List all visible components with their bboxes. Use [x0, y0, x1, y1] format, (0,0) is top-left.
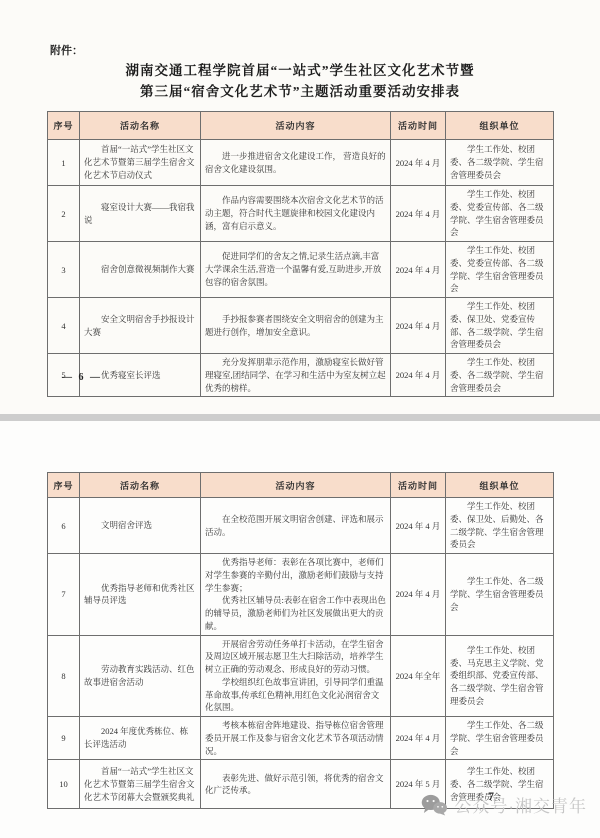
header-activity-content: 活动内容 — [201, 473, 391, 498]
document-title-line1: 湖南交通工程学院首届“一站式”学生社区文化艺术节暨 — [0, 60, 600, 81]
cell-seq: 2 — [48, 186, 80, 242]
table-row: 4安全文明宿舍手抄报设计大赛手抄报参赛者围绕安全文明宿舍的创建为主题进行创作，增… — [48, 298, 554, 354]
table-row: 2寝室设计大赛——我宿我说作品内容需要围绕本次宿舍文化艺术节的活动主题，符合时代… — [48, 186, 554, 242]
cell-activity-time: 2024 年 4 月 — [391, 242, 446, 298]
cell-seq: 9 — [48, 717, 80, 760]
cell-activity-content: 优秀指导老师：表彰在各项比赛中，老师们对学生参赛的辛勤付出，激励老师们鼓励与支持… — [201, 554, 391, 636]
cell-seq: 4 — [48, 298, 80, 354]
cell-organizer: 学生工作处、校团委、马克思主义学院、党委组织部、党委宣传部、各二级学院、学生宿舍… — [446, 635, 554, 717]
header-activity-time: 活动时间 — [391, 112, 446, 140]
cell-activity-content: 考核本栋宿舍阵地建设、指导栋位宿舍管理委员开展工作及参与宿舍文化艺术节各项活动情… — [201, 717, 391, 760]
header-activity-name: 活动名称 — [80, 473, 201, 498]
watermark-text: 公众号·湘交青年 — [454, 792, 587, 817]
cell-seq: 8 — [48, 635, 80, 717]
table-row: 6文明宿舍评选在全校范围开展文明宿舍创建、评选和展示活动。2024 年 4 月学… — [48, 498, 554, 554]
document-title-line2: 第三届“宿舍文化艺术节”主题活动重要活动安排表 — [0, 81, 600, 102]
cell-activity-content: 充分发挥朋辈示范作用，激励寝室长做好管理寝室,团结同学、在学习和生活中为室友树立… — [201, 354, 391, 397]
header-activity-content: 活动内容 — [201, 112, 391, 140]
activity-table-page-7: 序号 活动名称 活动内容 活动时间 组织单位 6文明宿舍评选在全校范围开展文明宿… — [47, 472, 554, 809]
wechat-watermark: 公众号·湘交青年 — [421, 792, 587, 817]
header-seq: 序号 — [48, 473, 80, 498]
cell-seq: 10 — [48, 760, 80, 809]
table-row: 92024 年度优秀栋位、栋长评选活动考核本栋宿舍阵地建设、指导栋位宿舍管理委员… — [48, 717, 554, 760]
cell-activity-time: 2024 年 4 月 — [391, 354, 446, 397]
cell-seq: 3 — [48, 242, 80, 298]
cell-activity-content: 促进同学们的舍友之情,记录生活点滴,丰富大学课余生活,营造一个温馨有爱,互助进步… — [201, 242, 391, 298]
cell-organizer: 学生工作处、校团委、保卫处、后勤处、各二级学院、学生宿舍管理委员会 — [446, 498, 554, 554]
cell-organizer: 学生工作处、校团委、党委宣传部、各二级学院、学生宿舍管理委员会 — [446, 242, 554, 298]
cell-activity-time: 2024 年全年 — [391, 635, 446, 717]
cell-activity-name: 优秀指导老师和优秀社区辅导员评选 — [80, 554, 201, 636]
wechat-icon — [421, 794, 447, 816]
table-row: 1首届“一站式”学生社区文化艺术节暨第三届学生宿舍文化艺术节启动仪式进一步推进宿… — [48, 140, 554, 186]
cell-organizer: 学生工作处、校团委、党委宣传部、各二级学院、学生宿舍管理委员会 — [446, 186, 554, 242]
cell-activity-name: 寝室设计大赛——我宿我说 — [80, 186, 201, 242]
header-organizer: 组织单位 — [446, 112, 554, 140]
cell-activity-name: 安全文明宿舍手抄报设计大赛 — [80, 298, 201, 354]
cell-activity-time: 2024 年 4 月 — [391, 298, 446, 354]
cell-activity-name: 宿舍创意微视频制作大赛 — [80, 242, 201, 298]
cell-seq: 7 — [48, 554, 80, 636]
cell-activity-content: 手抄报参赛者围绕安全文明宿舍的创建为主题进行创作，增加安全意识。 — [201, 298, 391, 354]
cell-organizer: 学生工作处、校团委、各二级学院、学生宿舍管理委员会 — [446, 354, 554, 397]
cell-organizer: 学生工作处、校团委、各二级学院、学生宿舍管理委员会 — [446, 140, 554, 186]
cell-organizer: 学生工作处、校团委、保卫处、党委宣传部、各二级学院、学生宿舍管理委员会 — [446, 298, 554, 354]
cell-seq: 6 — [48, 498, 80, 554]
table-row: 5优秀寝室长评选充分发挥朋辈示范作用，激励寝室长做好管理寝室,团结同学、在学习和… — [48, 354, 554, 397]
cell-activity-name: 劳动教育实践活动、红色故事进宿舍活动 — [80, 635, 201, 717]
attachment-label: 附件： — [50, 42, 83, 58]
activity-table-page-6: 序号 活动名称 活动内容 活动时间 组织单位 1首届“一站式”学生社区文化艺术节… — [47, 111, 554, 397]
cell-activity-content: 开展宿舍劳动任务单打卡活动，在学生宿舍及周边区域开展志愿卫生大扫除活动，培养学生… — [201, 635, 391, 717]
cell-activity-name: 文明宿舍评选 — [80, 498, 201, 554]
cell-activity-content: 在全校范围开展文明宿舍创建、评选和展示活动。 — [201, 498, 391, 554]
cell-activity-time: 2024 年 4 月 — [391, 186, 446, 242]
table-header-row: 序号 活动名称 活动内容 活动时间 组织单位 — [48, 473, 554, 498]
cell-activity-name: 首届“一站式”学生社区文化艺术节暨第三届学生宿舍文化艺术节启动仪式 — [80, 140, 201, 186]
cell-organizer: 学生工作处、各二级学院、学生宿舍管理委员会 — [446, 717, 554, 760]
cell-activity-content: 作品内容需要围绕本次宿舍文化艺术节的活动主题，符合时代主题旋律和校园文化建设内涵… — [201, 186, 391, 242]
page-number-7: 7 — [488, 789, 494, 804]
cell-activity-content: 表彰先进、做好示范引领，将优秀的宿舍文化广泛传承。 — [201, 760, 391, 809]
cell-activity-time: 2024 年 4 月 — [391, 498, 446, 554]
header-activity-name: 活动名称 — [80, 112, 201, 140]
table-row: 8劳动教育实践活动、红色故事进宿舍活动开展宿舍劳动任务单打卡活动，在学生宿舍及周… — [48, 635, 554, 717]
cell-activity-time: 2024 年 4 月 — [391, 554, 446, 636]
document-screenshot: 附件： 湖南交通工程学院首届“一站式”学生社区文化艺术节暨 第三届“宿舍文化艺术… — [0, 0, 600, 838]
table-row: 7优秀指导老师和优秀社区辅导员评选优秀指导老师：表彰在各项比赛中，老师们对学生参… — [48, 554, 554, 636]
header-seq: 序号 — [48, 112, 80, 140]
cell-activity-time: 2024 年 4 月 — [391, 140, 446, 186]
cell-organizer: 学生工作处、各二级学院、学生宿舍管理委员会 — [446, 554, 554, 636]
table-header-row: 序号 活动名称 活动内容 活动时间 组织单位 — [48, 112, 554, 140]
cell-activity-name: 首届“一站式”学生社区文化艺术节暨第三届学生宿舍文化艺术节闭幕大会暨颁奖典礼 — [80, 760, 201, 809]
header-organizer: 组织单位 — [446, 473, 554, 498]
cell-activity-time: 2024 年 4 月 — [391, 717, 446, 760]
header-activity-time: 活动时间 — [391, 473, 446, 498]
table-row: 3宿舍创意微视频制作大赛促进同学们的舍友之情,记录生活点滴,丰富大学课余生活,营… — [48, 242, 554, 298]
page-separator — [0, 414, 600, 421]
document-title: 湖南交通工程学院首届“一站式”学生社区文化艺术节暨 第三届“宿舍文化艺术节”主题… — [0, 60, 600, 102]
cell-activity-name: 2024 年度优秀栋位、栋长评选活动 — [80, 717, 201, 760]
cell-seq: 1 — [48, 140, 80, 186]
cell-activity-content: 进一步推进宿舍文化建设工作， 营造良好的宿舍文化建设氛围。 — [201, 140, 391, 186]
page-number-6: — 6 — — [62, 372, 102, 383]
